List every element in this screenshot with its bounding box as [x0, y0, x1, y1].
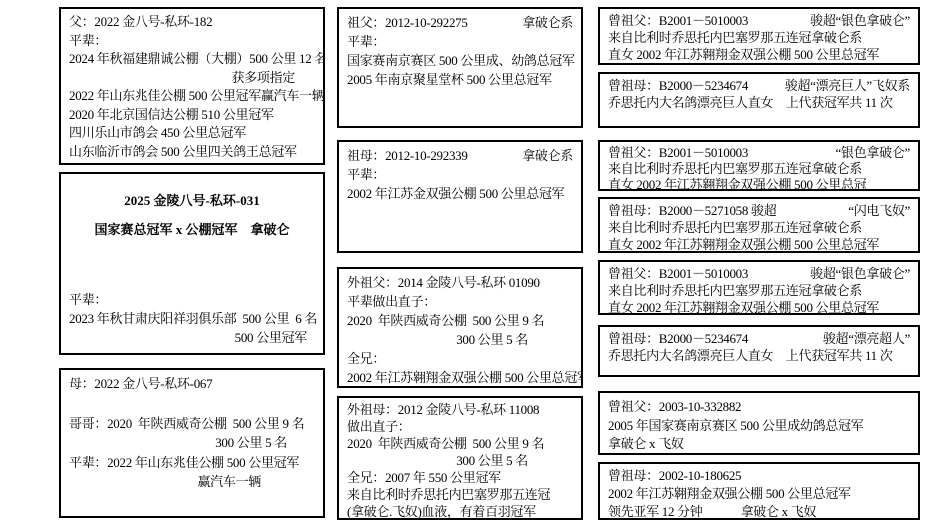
result-line: 500 公里冠军 — [69, 328, 315, 347]
pigeon-id: 曾祖父：B2001－5010003 — [608, 145, 748, 161]
pigeon-id-line: 曾祖父：B2001－5010003 “银色拿破仑” — [608, 145, 910, 161]
bloodline-line: 来自比利时乔思托内巴塞罗那五连冠 — [347, 486, 573, 503]
result-line: 300 公里 5 名 — [69, 433, 315, 453]
result-line: 2002 年江苏翱翔金双强公棚 500 公里总冠军 — [347, 368, 573, 387]
maternal-grandmother-box: 外祖母：2012 金陵八号-私环 11008 做出直子： 2020 年陕西威奇公… — [337, 396, 583, 520]
maternal-grandfather-box: 外祖父：2014 金陵八号-私环 01090 平辈做出直子： 2020 年陕西威… — [337, 267, 583, 388]
full-brother-label: 全兄： — [347, 349, 573, 368]
offspring-label: 平辈做出直子： — [347, 292, 573, 311]
great-grandfather-box-2: 曾祖父：B2001－5010003 “银色拿破仑” 来自比利时乔思托内巴塞罗那五… — [598, 140, 920, 191]
pigeon-nickname: “闪电飞奴” — [848, 202, 910, 219]
great-grandmother-box-4: 曾祖母：2002-10-180625 2002 年江苏翱翔金双强公棚 500 公… — [598, 462, 920, 520]
pigeon-id-line: 曾祖父：B2001－5010003 骏超“银色拿破仑” — [608, 265, 910, 282]
pigeon-nickname: “银色拿破仑” — [836, 145, 910, 161]
pigeon-id-line: 曾祖母：2002-10-180625 — [608, 467, 910, 485]
offspring-label: 做出直子： — [347, 418, 573, 435]
result-line: 国家赛南京赛区 500 公里成、幼鸽总冠军 — [347, 51, 573, 70]
bloodline-line: 乔思托内大名鸽漂亮巨人直女 上代获冠军共 11 次 — [608, 94, 910, 111]
result-line: 2002 年江苏翱翔金双强公棚 500 公里总冠军 — [608, 485, 910, 503]
pigeon-id-line: 外祖父：2014 金陵八号-私环 01090 — [347, 273, 573, 292]
mother-box: 母：2022 金八号-私环-067 哥哥：2020 年陕西威奇公棚 500 公里… — [59, 368, 325, 518]
subject-bloodline-title: 国家赛总冠军 x 公棚冠军 拿破仑 — [69, 219, 315, 238]
result-line: 直女 2002 年江苏翱翔金双强公棚 500 公里总冠军 — [608, 236, 910, 253]
pigeon-id-line: 曾祖母：B2000－5271058 骏超 “闪电飞奴” — [608, 202, 910, 219]
subject-results: 平辈： 2023 年秋甘肃庆阳祥羽俱乐部 500 公里 6 名 500 公里冠军 — [69, 290, 315, 347]
full-brother-line: 全兄：2007 年 550 公里冠军 — [347, 469, 573, 486]
result-line: 山东临沂市鸽会 500 公里四关鸽王总冠军 — [69, 143, 315, 162]
pigeon-id: 曾祖母：B2000－5234674 — [608, 330, 748, 347]
result-line: 2005 年南京聚星堂杯 500 公里总冠军 — [347, 70, 573, 89]
result-line: 直女 2002 年江苏翱翔金双强公棚 500 公里总冠 — [608, 177, 910, 191]
father-box: 父：2022 金八号-私环-182 平辈： 2024 年秋福建鼎诚公棚（大棚）5… — [59, 7, 325, 165]
siblings-label: 平辈： — [69, 290, 315, 309]
pigeon-id: 祖母：2012-10-292339 — [347, 146, 468, 165]
pigeon-id-line: 曾祖父：2003-10-332882 — [608, 398, 910, 417]
pigeon-id: 曾祖父：B2001－5010003 — [608, 265, 748, 282]
great-grandmother-box-1: 曾祖母：B2000－5234674 骏超“漂亮巨人”飞奴系 乔思托内大名鸽漂亮巨… — [598, 72, 920, 128]
pigeon-id-line: 曾祖母：B2000－5234674 骏超“漂亮超人” — [608, 330, 910, 347]
pigeon-id: 曾祖父：2003-10-332882 — [608, 398, 741, 417]
bloodline-line: 乔思托内大名鸽漂亮巨人直女 上代获冠军共 11 次 — [608, 347, 910, 364]
result-line: 获多项指定 — [69, 69, 315, 88]
pigeon-id: 曾祖母：B2000－5271058 骏超 — [608, 202, 776, 219]
pigeon-nickname: 骏超“漂亮巨人”飞奴系 — [785, 77, 910, 94]
result-line: 四川乐山市鸽会 450 公里总冠军 — [69, 124, 315, 143]
pigeon-nickname: 骏超“银色拿破仑” — [810, 265, 910, 282]
result-line: 平辈：2022 年山东兆佳公棚 500 公里冠军 — [69, 453, 315, 473]
result-line: 直女 2002 年江苏翱翔金双强公棚 500 公里总冠军 — [608, 46, 910, 63]
bloodline-line: 领先亚军 12 分钟 拿破仑 x 飞奴 — [608, 503, 910, 520]
siblings-label: 平辈： — [347, 32, 573, 51]
subject-pigeon-box: 2025 金陵八号-私环-031 国家赛总冠军 x 公棚冠军 拿破仑 平辈： 2… — [59, 172, 325, 355]
result-line: 2024 年秋福建鼎诚公棚（大棚）500 公里 12 名 — [69, 50, 315, 69]
pigeon-id-line: 母：2022 金八号-私环-067 — [69, 374, 315, 394]
pigeon-nickname: 骏超“银色拿破仑” — [810, 12, 910, 29]
bloodline-line: 来自比利时乔思托内巴塞罗那五连冠拿破仑系 — [608, 219, 910, 236]
pigeon-id-line: 祖父：2012-10-292275 拿破仑系 — [347, 13, 573, 32]
pigeon-id: 曾祖母：B2000－5234674 — [608, 77, 748, 94]
result-line: 2020 年陕西威奇公棚 500 公里 9 名 — [347, 435, 573, 452]
great-grandfather-box-1: 曾祖父：B2001－5010003 骏超“银色拿破仑” 来自比利时乔思托内巴塞罗… — [598, 7, 920, 65]
great-grandfather-box-3: 曾祖父：B2001－5010003 骏超“银色拿破仑” 来自比利时乔思托内巴塞罗… — [598, 260, 920, 315]
bloodline-line: 来自比利时乔思托内巴塞罗那五连冠拿破仑系 — [608, 282, 910, 299]
pigeon-id-line: 曾祖母：B2000－5234674 骏超“漂亮巨人”飞奴系 — [608, 77, 910, 94]
strain-label: 拿破仑系 — [522, 146, 573, 165]
result-line: 2020 年陕西威奇公棚 500 公里 9 名 — [347, 311, 573, 330]
subject-ring-number: 2025 金陵八号-私环-031 — [69, 190, 315, 209]
result-line: 300 公里 5 名 — [347, 452, 573, 469]
result-line: 2002 年江苏金双强公棚 500 公里总冠军 — [347, 184, 573, 203]
pigeon-id-line: 父：2022 金八号-私环-182 — [69, 13, 315, 32]
result-line: 哥哥：2020 年陕西威奇公棚 500 公里 9 名 — [69, 414, 315, 434]
great-grandmother-box-2: 曾祖母：B2000－5271058 骏超 “闪电飞奴” 来自比利时乔思托内巴塞罗… — [598, 197, 920, 253]
pigeon-nickname: 骏超“漂亮超人” — [823, 330, 910, 347]
pigeon-id: 曾祖父：B2001－5010003 — [608, 12, 748, 29]
pigeon-id-line: 祖母：2012-10-292339 拿破仑系 — [347, 146, 573, 165]
result-line: 300 公里 5 名 — [347, 330, 573, 349]
great-grandfather-box-4: 曾祖父：2003-10-332882 2005 年国家赛南京赛区 500 公里成… — [598, 391, 920, 455]
pigeon-id: 祖父：2012-10-292275 — [347, 13, 468, 32]
result-line: 赢汽车一辆 — [69, 472, 315, 492]
pedigree-page: 父：2022 金八号-私环-182 平辈： 2024 年秋福建鼎诚公棚（大棚）5… — [0, 0, 925, 525]
great-grandmother-box-3: 曾祖母：B2000－5234674 骏超“漂亮超人” 乔思托内大名鸽漂亮巨人直女… — [598, 325, 920, 377]
siblings-label: 平辈： — [347, 165, 573, 184]
grandfather-box: 祖父：2012-10-292275 拿破仑系 平辈： 国家赛南京赛区 500 公… — [337, 7, 583, 128]
bloodline-line: (拿破仑.飞奴)血液，有着百羽冠军 — [347, 503, 573, 520]
strain-label: 拿破仑系 — [522, 13, 573, 32]
result-line: 2005 年国家赛南京赛区 500 公里成幼鸽总冠军 — [608, 417, 910, 436]
pigeon-id-line: 外祖母：2012 金陵八号-私环 11008 — [347, 401, 573, 418]
result-line: 2022 年山东兆佳公棚 500 公里冠军赢汽车一辆 — [69, 87, 315, 106]
grandmother-box: 祖母：2012-10-292339 拿破仑系 平辈： 2002 年江苏金双强公棚… — [337, 140, 583, 253]
result-line: 2023 年秋甘肃庆阳祥羽俱乐部 500 公里 6 名 — [69, 309, 315, 328]
bloodline-line: 拿破仑 x 飞奴 — [608, 435, 910, 454]
bloodline-line: 来自比利时乔思托内巴塞罗那五连冠拿破仑系 — [608, 29, 910, 46]
bloodline-line: 来自比利时乔思托内巴塞罗那五连冠拿破仑系 — [608, 161, 910, 177]
result-line: 2020 年北京国信达公棚 510 公里冠军 — [69, 106, 315, 125]
result-line: 直女 2002 年江苏翱翔金双强公棚 500 公里总冠军 — [608, 299, 910, 315]
pigeon-id: 曾祖母：2002-10-180625 — [608, 467, 741, 485]
pigeon-id-line: 曾祖父：B2001－5010003 骏超“银色拿破仑” — [608, 12, 910, 29]
siblings-label: 平辈： — [69, 32, 315, 51]
